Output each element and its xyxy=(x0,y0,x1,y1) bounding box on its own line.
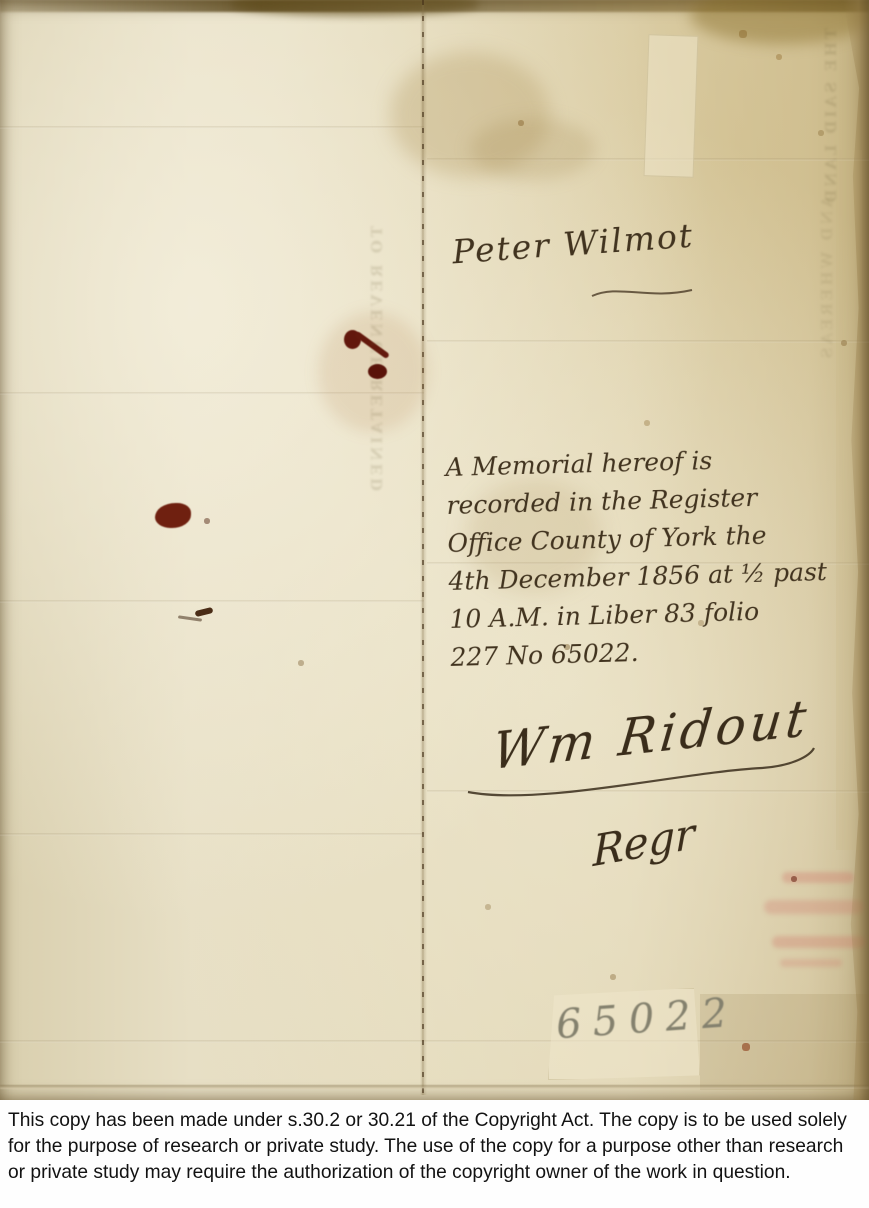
crease-line xyxy=(0,833,424,836)
top-center-blotch-2 xyxy=(470,118,595,180)
memorial-endorsement: A Memorial hereof is recorded in the Reg… xyxy=(445,439,829,677)
top-right-stain xyxy=(690,0,869,44)
tape-patch-top xyxy=(644,34,699,178)
copyright-notice-line: This copy has been made under s.30.2 or … xyxy=(8,1107,850,1133)
document-scan: TO REVENUE RETAINED THE SAID LAND AND WH… xyxy=(0,0,869,1208)
bleedthrough-text: AND WHEREAS xyxy=(818,196,836,361)
crease-line xyxy=(427,340,869,343)
crease-line xyxy=(0,126,424,129)
center-fold xyxy=(420,0,427,1095)
copyright-notice-line: for the purpose of research or private s… xyxy=(8,1133,850,1159)
bleedthrough-text: TO REVENUE RETAINED xyxy=(368,226,386,494)
pink-smudge xyxy=(764,900,864,914)
dark-mark-left xyxy=(195,607,214,617)
fold-stitch-marks xyxy=(422,0,424,1095)
top-stain-blob xyxy=(230,0,480,16)
foxing-specks xyxy=(0,0,2,2)
paper-bottom-crease xyxy=(0,1085,869,1089)
pink-smudge xyxy=(782,872,854,883)
handwritten-name: Peter Wilmot xyxy=(451,216,695,272)
aged-paper: TO REVENUE RETAINED THE SAID LAND AND WH… xyxy=(0,0,869,1100)
pink-smudge xyxy=(780,959,842,967)
name-underline-flourish xyxy=(588,280,698,304)
signature-flourish xyxy=(462,742,822,802)
crease-line xyxy=(0,600,424,603)
red-stain-left xyxy=(155,503,191,528)
copyright-notice: This copy has been made under s.30.2 or … xyxy=(0,1100,869,1208)
copyright-notice-line: or private study may require the authori… xyxy=(8,1159,850,1185)
bleedthrough-text: THE SAID LAND xyxy=(822,28,840,206)
registrar-title: Regr xyxy=(593,809,695,877)
